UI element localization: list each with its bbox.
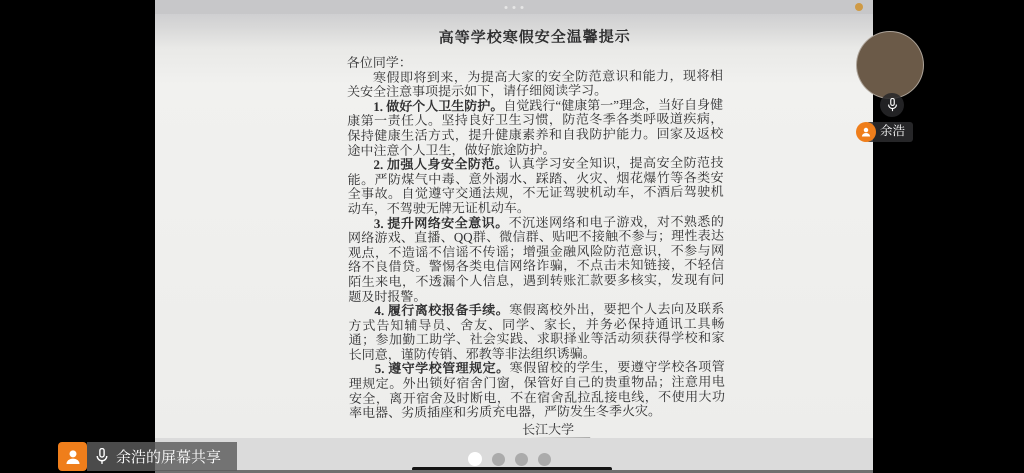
- document-page: 高等学校寒假安全温馨提示 各位同学： 寒假即将到来，为提高大家的安全防范意识和能…: [155, 14, 873, 438]
- document-item: 1. 做好个人卫生防护。自觉践行“健康第一”理念，当好自身健康第一责任人。坚持良…: [347, 98, 723, 159]
- share-status-pill[interactable]: 余浩的屏幕共享: [87, 442, 237, 471]
- microphone-icon: [95, 448, 109, 465]
- sharer-avatar-icon[interactable]: [58, 442, 87, 471]
- item-lead: 4. 履行离校报备手续。: [374, 302, 509, 318]
- screen-share-banner[interactable]: 余浩的屏幕共享: [58, 442, 237, 471]
- document-body: 高等学校寒假安全温馨提示 各位同学： 寒假即将到来，为提高大家的安全防范意识和能…: [347, 27, 726, 457]
- participant-mic-button[interactable]: [880, 93, 904, 117]
- participant-name-badge: 余浩: [856, 122, 913, 142]
- document-top-strip: [155, 0, 873, 14]
- page-indicator-dot: [538, 453, 551, 466]
- item-lead: 2. 加强人身安全防范。: [373, 156, 508, 172]
- share-status-text: 余浩的屏幕共享: [116, 446, 221, 467]
- document-item: 5. 遵守学校管理规定。寒假留校的学生，要遵守学校各项管理规定。外出锁好宿舍门窗…: [349, 360, 725, 421]
- participant-video-avatar[interactable]: [856, 31, 924, 99]
- screen-share-viewport: 高等学校寒假安全温馨提示 各位同学： 寒假即将到来，为提高大家的安全防范意识和能…: [155, 0, 873, 473]
- person-icon: [64, 448, 82, 466]
- page-indicator-dot: [468, 452, 482, 466]
- page-indicator-dot: [515, 453, 528, 466]
- person-icon: [860, 126, 872, 138]
- item-lead: 5. 遵守学校管理规定。: [375, 361, 510, 377]
- participant-avatar-icon: [856, 122, 876, 142]
- meeting-screen: 高等学校寒假安全温馨提示 各位同学： 寒假即将到来，为提高大家的安全防范意识和能…: [0, 0, 1024, 473]
- document-intro: 寒假即将到来，为提高大家的安全防范意识和能力，现将相关安全注意事项提示如下，请仔…: [347, 68, 723, 99]
- document-item: 3. 提升网络安全意识。不沉迷网络和电子游戏，对不熟悉的网络游戏、直播、QQ群、…: [348, 214, 725, 304]
- microphone-icon: [887, 98, 898, 112]
- page-indicator-dot: [492, 453, 505, 466]
- item-lead: 1. 做好个人卫生防护。: [373, 98, 503, 114]
- recording-indicator-icon: [855, 3, 863, 11]
- document-item: 2. 加强人身安全防范。认真学习安全知识，提高安全防范技能。严防煤气中毒、意外溺…: [347, 156, 723, 217]
- document-bottom-strip: [155, 438, 873, 470]
- window-handle-icon[interactable]: [505, 6, 524, 9]
- item-lead: 3. 提升网络安全意识。: [374, 215, 509, 231]
- participant-video-still: [856, 31, 924, 99]
- document-item: 4. 履行离校报备手续。寒假离校外出，要把个人去向及联系方式告知辅导员、舍友、同…: [348, 302, 724, 363]
- document-title: 高等学校寒假安全温馨提示: [347, 27, 723, 49]
- page-indicator: [468, 452, 551, 466]
